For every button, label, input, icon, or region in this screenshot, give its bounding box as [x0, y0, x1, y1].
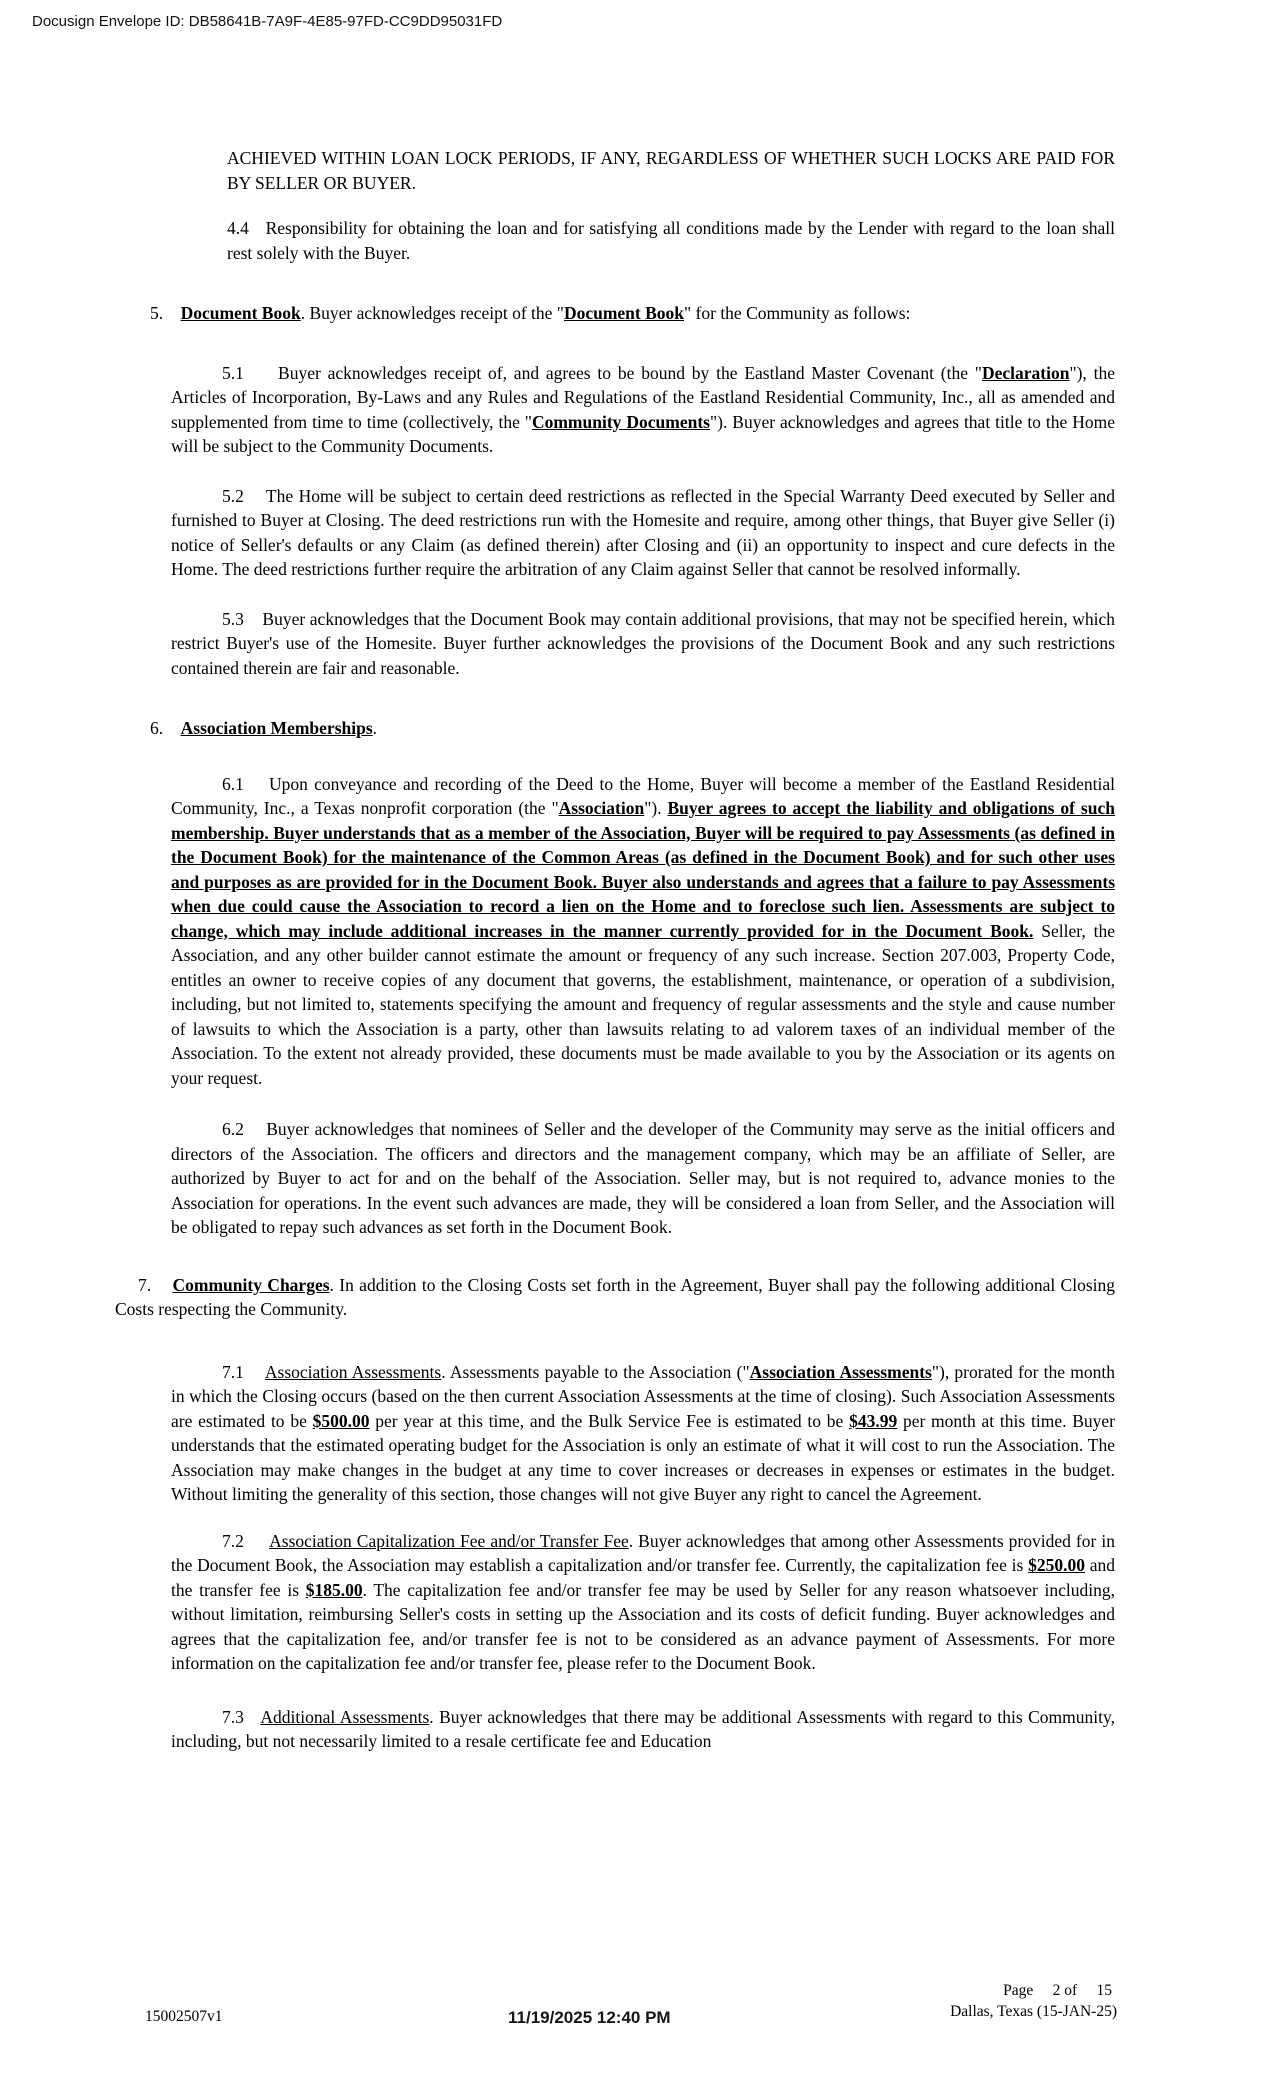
text-segment: Document Book	[564, 303, 684, 323]
paragraph-7-1: 7.1 Association Assessments. Assessments…	[171, 1360, 1115, 1507]
text-segment: $185.00	[306, 1580, 363, 1600]
text-segment: Seller, the Association, and any other b…	[171, 921, 1115, 1088]
text-segment: 7.2	[222, 1531, 269, 1551]
text-segment: . Assessments payable to the Association…	[441, 1362, 749, 1382]
paragraph-5-2: 5.2 The Home will be subject to certain …	[171, 484, 1115, 582]
text-segment: . Buyer acknowledges receipt of the "	[301, 303, 564, 323]
text-segment: " for the Community as follows:	[684, 303, 910, 323]
text-segment: Association	[559, 798, 645, 818]
text-segment: 7.3	[222, 1707, 260, 1727]
text-segment: Association Capitalization Fee and/or Tr…	[269, 1531, 629, 1551]
paragraph-7-3: 7.3 Additional Assessments. Buyer acknow…	[171, 1705, 1115, 1754]
text-segment: Association Memberships	[181, 718, 373, 738]
text-segment: Community Charges	[173, 1275, 330, 1295]
paragraph-5-3: 5.3 Buyer acknowledges that the Document…	[171, 607, 1115, 681]
heading-5-document-book: 5. Document Book. Buyer acknowledges rec…	[150, 301, 1115, 326]
heading-6-association-memberships: 6. Association Memberships.	[150, 716, 1115, 741]
text-segment: Community Documents	[532, 412, 710, 432]
text-segment: $500.00	[313, 1411, 370, 1431]
text-segment: ACHIEVED WITHIN LOAN LOCK PERIODS, IF AN…	[227, 148, 1115, 193]
text-segment: per year at this time, and the Bulk Serv…	[369, 1411, 849, 1431]
paragraph-4-3-loan-lock: ACHIEVED WITHIN LOAN LOCK PERIODS, IF AN…	[227, 146, 1115, 195]
text-segment: Buyer agrees to accept the liability and…	[171, 798, 1115, 941]
document-body: ACHIEVED WITHIN LOAN LOCK PERIODS, IF AN…	[115, 0, 1115, 1754]
text-segment: 7.	[138, 1275, 173, 1295]
paragraph-7-community-charges: 7. Community Charges. In addition to the…	[115, 1273, 1115, 1322]
text-segment: 7.1	[222, 1362, 265, 1382]
text-segment: 5.2 The Home will be subject to certain …	[171, 486, 1115, 580]
text-segment: Document Book	[181, 303, 301, 323]
text-segment: Association Assessments	[750, 1362, 932, 1382]
paragraph-7-2: 7.2 Association Capitalization Fee and/o…	[171, 1529, 1115, 1676]
document-page: Docusign Envelope ID: DB58641B-7A9F-4E85…	[0, 0, 1275, 2100]
text-segment: ").	[644, 798, 667, 818]
paragraph-6-2: 6.2 Buyer acknowledges that nominees of …	[171, 1117, 1115, 1240]
text-segment: 4.4 Responsibility for obtaining the loa…	[227, 218, 1115, 263]
text-segment: .	[373, 718, 377, 738]
text-segment: Association Assessments	[265, 1362, 441, 1382]
text-segment: $43.99	[849, 1411, 897, 1431]
page-number-indicator: Page 2 of 15	[1003, 1982, 1112, 2000]
paragraph-6-1: 6.1 Upon conveyance and recording of the…	[171, 772, 1115, 1091]
text-segment: $250.00	[1028, 1555, 1085, 1575]
paragraph-4-4: 4.4 Responsibility for obtaining the loa…	[227, 216, 1115, 265]
text-segment: 5.1 Buyer acknowledges receipt of, and a…	[222, 363, 982, 383]
text-segment: Additional Assessments	[260, 1707, 429, 1727]
datetime-stamp: 11/19/2025 12:40 PM	[508, 2008, 671, 2028]
text-segment: 5.	[150, 303, 181, 323]
text-segment: 6.2 Buyer acknowledges that nominees of …	[171, 1119, 1115, 1237]
paragraph-5-1: 5.1 Buyer acknowledges receipt of, and a…	[171, 361, 1115, 459]
location-form-revision: Dallas, Texas (15-JAN-25)	[950, 2003, 1117, 2021]
text-segment: 5.3 Buyer acknowledges that the Document…	[171, 609, 1115, 678]
document-version-number: 15002507v1	[145, 2008, 223, 2026]
text-segment: Declaration	[982, 363, 1069, 383]
text-segment: 6.	[150, 718, 181, 738]
